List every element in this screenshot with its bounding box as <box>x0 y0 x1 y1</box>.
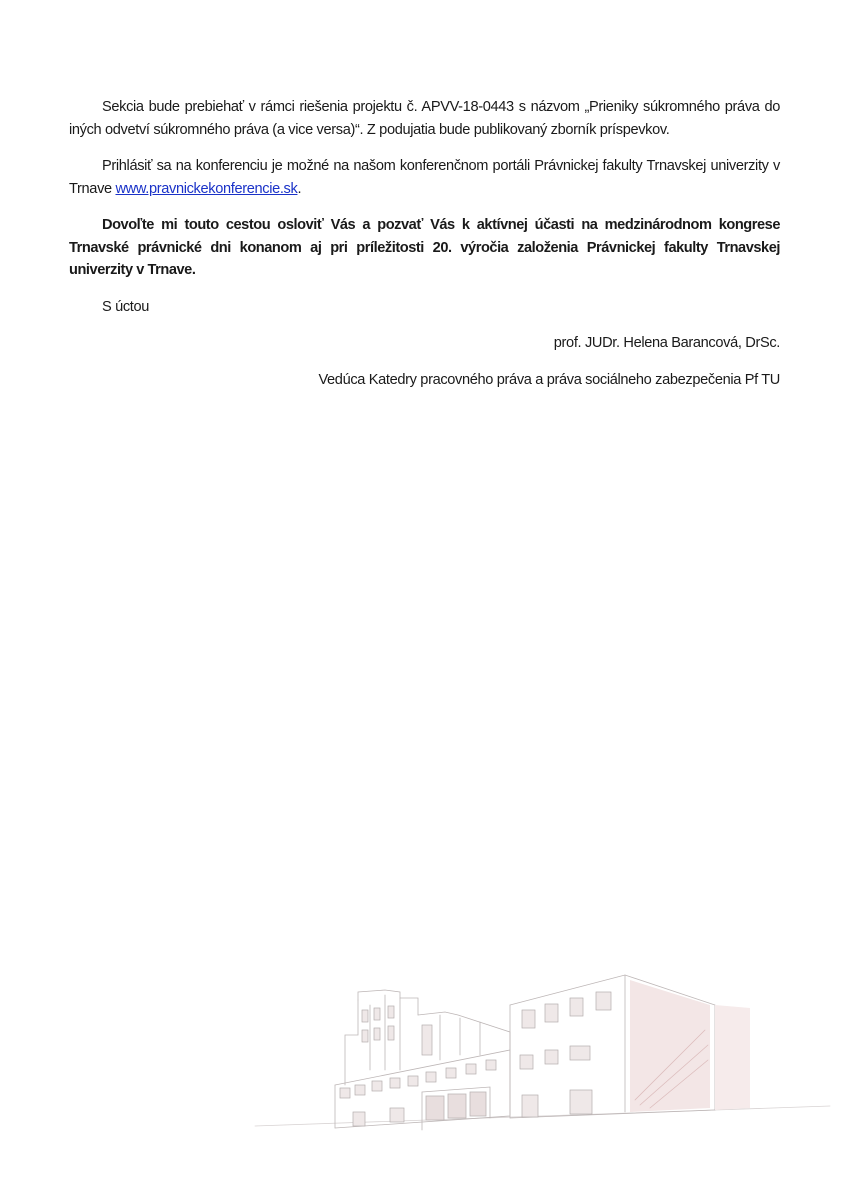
registration-text-end: . <box>297 181 301 197</box>
paragraph-invitation: Dovoľte mi touto cestou osloviť Vás a po… <box>69 214 780 282</box>
signature-name: prof. JUDr. Helena Barancová, DrSc. <box>69 332 780 355</box>
closing-salutation: S úctou <box>69 296 780 319</box>
letter-body: Sekcia bude prebiehať v rámci riešenia p… <box>69 96 780 405</box>
paragraph-registration: Prihlásiť sa na konferenciu je možné na … <box>69 155 780 200</box>
conference-portal-link[interactable]: www.pravnickekonferencie.sk <box>115 181 297 197</box>
paragraph-project-section: Sekcia bude prebiehať v rámci riešenia p… <box>69 96 780 141</box>
faculty-building-sketch-icon <box>240 960 840 1200</box>
signature-title: Vedúca Katedry pracovného práva a práva … <box>69 369 780 392</box>
